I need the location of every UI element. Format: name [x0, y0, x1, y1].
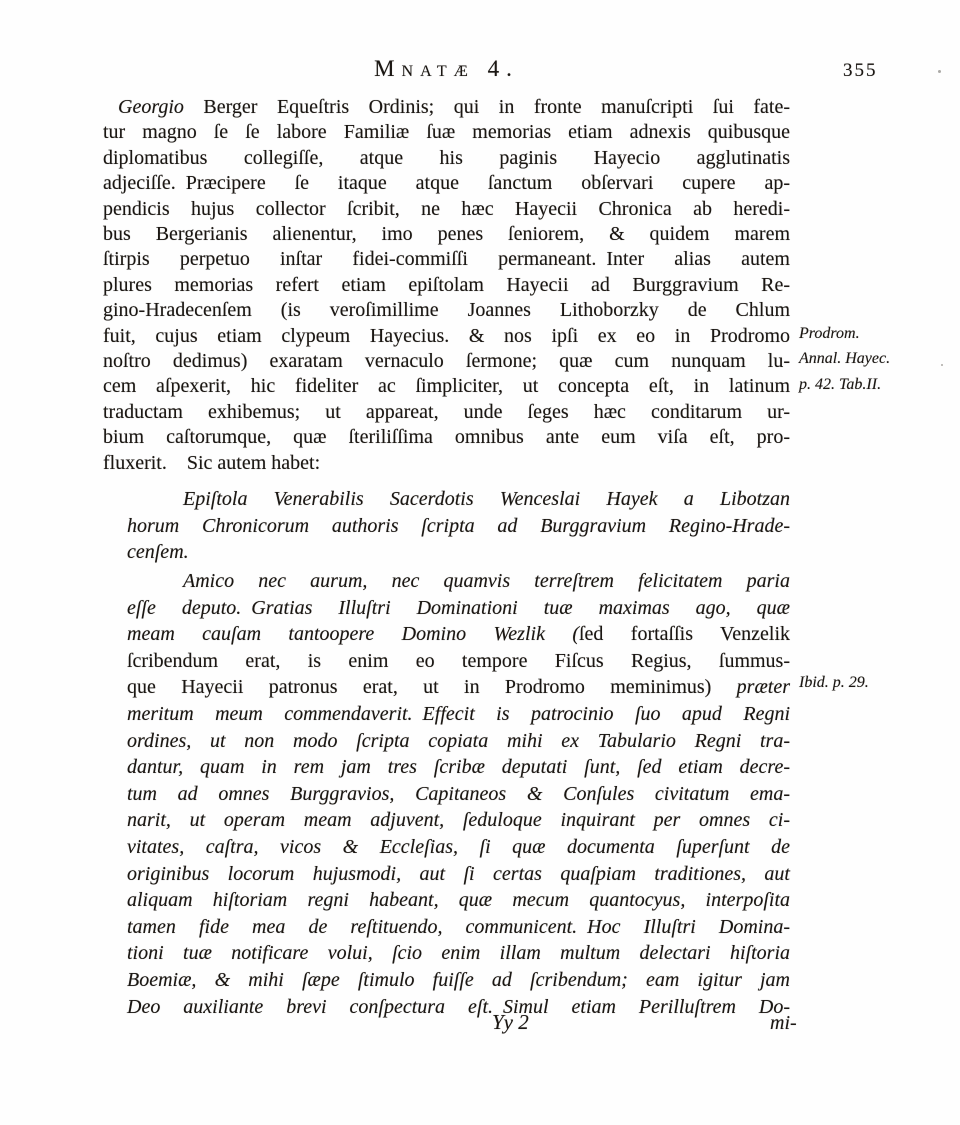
text-segment: Prodrom. — [799, 325, 860, 342]
text-line: ſtirpis perpetuo inſtar fidei-commiſſi p… — [103, 247, 790, 272]
text-line: eſſe deputo. Gratias Illuſtri Domination… — [127, 595, 790, 622]
text-line: Amico nec aurum, nec quamvis terreſtrem … — [127, 568, 790, 595]
text-segment: Deo auxiliante brevi conſpectura eſt. Si… — [127, 996, 790, 1018]
text-segment: meam cauſam tantoopere Domino Wezlik ( — [127, 623, 579, 645]
text-segment: dantur, quam in rem jam tres ſcribæ depu… — [127, 756, 790, 778]
text-segment: plures memorias refert etiam epiſtolam H… — [103, 274, 790, 296]
text-line: fluxerit. Sic autem habet: — [103, 451, 790, 476]
text-line: bium caſtorumque, quæ ſteriliſſima omnib… — [103, 425, 790, 450]
text-line: plures memorias refert etiam epiſtolam H… — [103, 273, 790, 298]
text-segment: fluxerit. Sic autem habet: — [103, 452, 320, 474]
text-segment: aliquam hiſtoriam regni habeant, quæ mec… — [127, 889, 790, 911]
text-segment: p. 42. Tab.II. — [799, 376, 881, 393]
text-segment: cem aſpexerit, hic fideliter ac ſimplici… — [103, 375, 790, 397]
text-segment: tamen fide mea de reſtituendo, communice… — [127, 916, 790, 938]
text-line: dantur, quam in rem jam tres ſcribæ depu… — [127, 754, 790, 781]
text-segment: vitates, caſtra, vicos & Eccleſias, ſi q… — [127, 836, 790, 858]
text-segment: Epiſtola Venerabilis Sacerdotis Wencesla… — [183, 488, 790, 510]
text-line: Boemiæ, & mihi ſæpe ſtimulo fuiſſe ad ſc… — [127, 967, 790, 994]
text-line: p. 42. Tab.II. — [799, 372, 954, 397]
text-segment: tioni tuæ notificare volui, ſcio enim il… — [127, 942, 790, 964]
main-paragraph: Georgio Berger Equeſtris Ordinis; qui in… — [103, 95, 790, 476]
text-segment: originibus locorum hujusmodi, aut ſi cer… — [127, 863, 790, 885]
text-line: traductam exhibemus; ut appareat, unde ſ… — [103, 400, 790, 425]
text-segment: adjeciſſe. Præcipere ſe itaque atque ſan… — [103, 172, 790, 194]
letter-body: Amico nec aurum, nec quamvis terreſtrem … — [127, 568, 790, 1020]
text-segment: bus Bergerianis alienentur, imo penes ſe… — [103, 223, 790, 245]
text-line: Ibid. p. 29. — [799, 670, 954, 695]
text-line: fuit, cujus etiam clypeum Hayecius. & no… — [103, 324, 790, 349]
text-line: vitates, caſtra, vicos & Eccleſias, ſi q… — [127, 834, 790, 861]
letter-heading: Epiſtola Venerabilis Sacerdotis Wencesla… — [127, 486, 790, 566]
text-segment: Amico nec aurum, nec quamvis terreſtrem … — [183, 570, 790, 592]
text-line: bus Bergerianis alienentur, imo penes ſe… — [103, 222, 790, 247]
text-segment: præter — [737, 676, 790, 698]
text-segment: narit, ut operam meam adjuvent, ſeduloqu… — [127, 809, 790, 831]
text-segment: meritum meum commendaverit. Effecit is p… — [127, 703, 790, 725]
text-line: ordines, ut non modo ſcripta copiata mih… — [127, 728, 790, 755]
text-line: horum Chronicorum authoris ſcripta ad Bu… — [127, 513, 790, 540]
text-line: Georgio Berger Equeſtris Ordinis; qui in… — [103, 95, 790, 120]
text-segment: Boemiæ, & mihi ſæpe ſtimulo fuiſſe ad ſc… — [127, 969, 790, 991]
text-line: Epiſtola Venerabilis Sacerdotis Wencesla… — [127, 486, 790, 513]
text-line: Deo auxiliante brevi conſpectura eſt. Si… — [127, 994, 790, 1021]
scan-speck — [941, 364, 943, 366]
text-line: meam cauſam tantoopere Domino Wezlik (ſe… — [127, 621, 790, 648]
running-title: Mnatæ 4. — [103, 56, 790, 82]
text-segment: cenſem. — [127, 541, 189, 563]
text-segment: Georgio — [118, 96, 184, 118]
text-line: originibus locorum hujusmodi, aut ſi cer… — [127, 861, 790, 888]
text-line: gino-Hradecenſem (is veroſimillime Joann… — [103, 298, 790, 323]
text-segment: Annal. Hayec. — [799, 350, 890, 367]
text-segment: diplomatibus collegiſſe, atque his pagin… — [103, 147, 790, 169]
text-segment: bium caſtorumque, quæ ſteriliſſima omnib… — [103, 426, 790, 448]
text-line: tamen fide mea de reſtituendo, communice… — [127, 914, 790, 941]
text-line: ſcribendum erat, is enim eo tempore Fiſc… — [127, 648, 790, 675]
text-segment: ſtirpis perpetuo inſtar fidei-commiſſi p… — [103, 248, 790, 270]
text-line: que Hayecii patronus erat, ut in Prodrom… — [127, 674, 790, 701]
text-segment: eſſe deputo. Gratias Illuſtri Domination… — [127, 597, 790, 619]
text-segment: gino-Hradecenſem (is veroſimillime Joann… — [103, 299, 790, 321]
text-segment: Ibid. p. 29. — [799, 674, 869, 691]
text-segment: traductam exhibemus; ut appareat, unde ſ… — [103, 401, 790, 423]
text-line: diplomatibus collegiſſe, atque his pagin… — [103, 146, 790, 171]
text-line: Prodrom. — [799, 321, 954, 346]
text-segment: ordines, ut non modo ſcripta copiata mih… — [127, 730, 790, 752]
scan-speck — [938, 70, 941, 73]
text-segment: tur magno ſe ſe labore Familiæ ſuæ memor… — [103, 121, 790, 143]
text-segment: noſtro dedimus) exaratam vernaculo ſermo… — [103, 350, 790, 372]
catchword: mi- — [770, 1012, 797, 1035]
page-number: 355 — [843, 60, 878, 82]
text-segment: tum ad omnes Burggravios, Capitaneos & C… — [127, 783, 790, 805]
margin-note-ibid: Ibid. p. 29. — [799, 670, 954, 695]
margin-note-prodrom: Prodrom.Annal. Hayec.p. 42. Tab.II. — [799, 321, 954, 397]
text-segment: que Hayecii patronus erat, ut in Prodrom… — [127, 676, 737, 698]
text-line: cem aſpexerit, hic fideliter ac ſimplici… — [103, 374, 790, 399]
text-line: pendicis hujus collector ſcribit, ne hæc… — [103, 197, 790, 222]
text-line: tioni tuæ notificare volui, ſcio enim il… — [127, 940, 790, 967]
text-segment: fuit, cujus etiam clypeum Hayecius. & no… — [103, 325, 790, 347]
text-line: narit, ut operam meam adjuvent, ſeduloqu… — [127, 807, 790, 834]
text-segment: horum Chronicorum authoris ſcripta ad Bu… — [127, 515, 790, 537]
text-segment: Berger Equeſtris Ordinis; qui in fronte … — [184, 96, 790, 118]
text-line: adjeciſſe. Præcipere ſe itaque atque ſan… — [103, 171, 790, 196]
text-line: tum ad omnes Burggravios, Capitaneos & C… — [127, 781, 790, 808]
text-line: noſtro dedimus) exaratam vernaculo ſermo… — [103, 349, 790, 374]
text-segment: ſed fortaſſis Venzelik — [579, 623, 790, 645]
text-line: meritum meum commendaverit. Effecit is p… — [127, 701, 790, 728]
book-page: Mnatæ 4. 355 Georgio Berger Equeſtris Or… — [0, 0, 960, 1125]
text-line: cenſem. — [127, 539, 790, 566]
text-segment: ſcribendum erat, is enim eo tempore Fiſc… — [127, 650, 790, 672]
text-line: aliquam hiſtoriam regni habeant, quæ mec… — [127, 887, 790, 914]
text-line: Annal. Hayec. — [799, 346, 954, 371]
text-segment: pendicis hujus collector ſcribit, ne hæc… — [103, 198, 790, 220]
text-line: tur magno ſe ſe labore Familiæ ſuæ memor… — [103, 120, 790, 145]
signature-mark: Yy 2 — [492, 1010, 529, 1035]
